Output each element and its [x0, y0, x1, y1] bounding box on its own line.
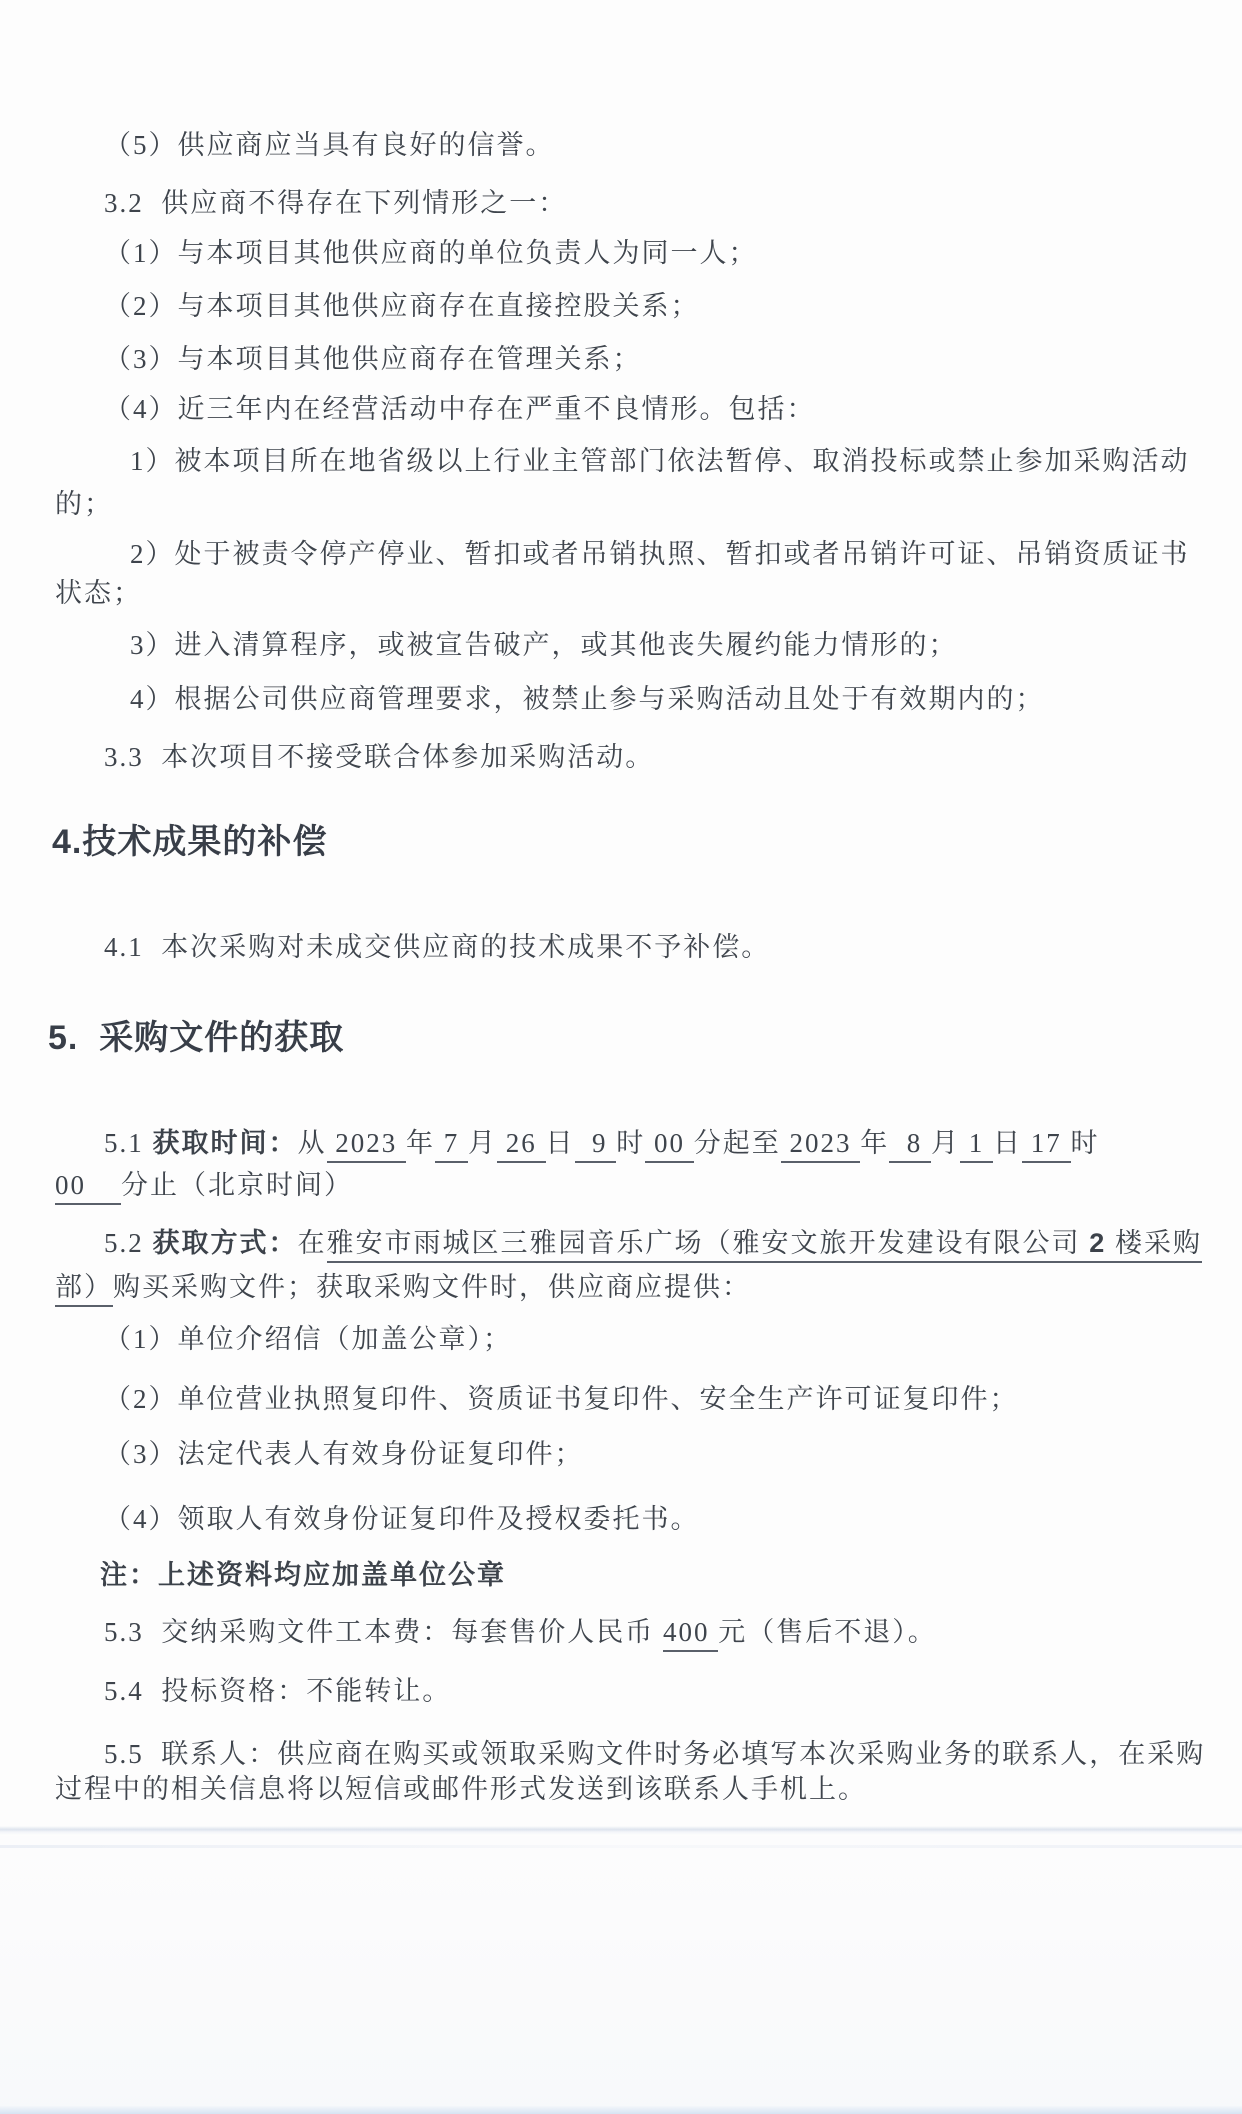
text-run: 2）处于被责令停产停业、暂扣或者吊销执照、暂扣或者吊销许可证、吊销资质证书 — [130, 539, 1190, 569]
text-run: 分起至 — [694, 1128, 781, 1158]
text-run: 5.1 — [104, 1128, 153, 1158]
para-3-3: 3.3 本次项目不接受联合体参加采购活动。 — [104, 740, 654, 774]
text-run: 在 — [298, 1228, 327, 1258]
text-run: （3）与本项目其他供应商存在管理关系； — [104, 344, 642, 374]
underlined-value: 7 — [435, 1128, 468, 1163]
underlined-value: 2023 — [781, 1128, 861, 1163]
text-run: 3.3 本次项目不接受联合体参加采购活动。 — [104, 742, 654, 772]
text-run: 注：上述资料均应加盖单位公章 — [100, 1560, 506, 1590]
heading-4: 4.技术成果的补偿 — [52, 822, 327, 862]
page-bottom-edge — [0, 2106, 1242, 2114]
para-5-2-line1: 5.2 获取方式：在雅安市雨城区三雅园音乐广场（雅安文旅开发建设有限公司 2 楼… — [104, 1226, 1202, 1260]
text-run: 状态； — [55, 578, 142, 608]
text-run: 4.1 本次采购对未成交供应商的技术成果不予补偿。 — [104, 932, 770, 962]
para-5-5-line2: 过程中的相关信息将以短信或邮件形式发送到该联系人手机上。 — [55, 1772, 867, 1806]
text-run: 5.4 投标资格：不能转让。 — [104, 1676, 451, 1706]
underlined-value: 2 — [1089, 1228, 1106, 1263]
text-run: （2）与本项目其他供应商存在直接控股关系； — [104, 291, 700, 321]
text-run: （1）与本项目其他供应商的单位负责人为同一人； — [104, 238, 758, 268]
text-run: 3）进入清算程序，或被宣告破产，或其他丧失履约能力情形的； — [130, 630, 958, 660]
underlined-value: 2023 — [327, 1128, 407, 1163]
underlined-value: 1 — [960, 1128, 993, 1163]
item-3-2-4: （4）近三年内在经营活动中存在严重不良情形。包括： — [104, 392, 816, 426]
para-5-5-line1: 5.5 联系人：供应商在购买或领取采购文件时务必填写本次采购业务的联系人，在采购 — [104, 1737, 1205, 1771]
scanned-document-page: （5）供应商应当具有良好的信誉。3.2 供应商不得存在下列情形之一：（1）与本项… — [0, 0, 1242, 2114]
para-3-2: 3.2 供应商不得存在下列情形之一： — [104, 186, 567, 220]
text-run: 元（售后不退）。 — [718, 1617, 937, 1647]
item-5-2-2: （2）单位营业执照复印件、资质证书复印件、安全生产许可证复印件； — [104, 1382, 1019, 1416]
text-run: （1）单位介绍信（加盖公章）； — [104, 1324, 512, 1354]
para-5-3: 5.3 交纳采购文件工本费：每套售价人民币 400 元（售后不退）。 — [104, 1615, 937, 1649]
text-run: （2）单位营业执照复印件、资质证书复印件、安全生产许可证复印件； — [104, 1384, 1019, 1414]
underlined-value: 400 — [663, 1617, 718, 1652]
text-run: 月 — [931, 1128, 960, 1158]
text-run: 4.技术成果的补偿 — [52, 823, 327, 861]
document-text: （5）供应商应当具有良好的信誉。3.2 供应商不得存在下列情形之一：（1）与本项… — [0, 0, 1242, 2114]
para-4-1: 4.1 本次采购对未成交供应商的技术成果不予补偿。 — [104, 930, 770, 964]
underlined-value: 00 — [645, 1128, 694, 1163]
text-run: （5）供应商应当具有良好的信誉。 — [104, 130, 555, 160]
item-5-2-4: （4）领取人有效身份证复印件及授权委托书。 — [104, 1502, 700, 1536]
para-5-4: 5.4 投标资格：不能转让。 — [104, 1674, 451, 1708]
sub-3-2-4-3: 3）进入清算程序，或被宣告破产，或其他丧失履约能力情形的； — [130, 628, 958, 662]
text-run: （4）领取人有效身份证复印件及授权委托书。 — [104, 1504, 700, 1534]
item-5-2-3: （3）法定代表人有效身份证复印件； — [104, 1437, 584, 1471]
item-3-2-1: （1）与本项目其他供应商的单位负责人为同一人； — [104, 236, 758, 270]
underlined-value: 8 — [889, 1128, 931, 1163]
text-run: 5. 采购文件的获取 — [48, 1019, 344, 1057]
text-run: 分止（北京时间） — [121, 1170, 353, 1200]
text-run: 5.3 交纳采购文件工本费：每套售价人民币 — [104, 1617, 663, 1647]
text-run: 年 — [406, 1128, 435, 1158]
text-run: 年 — [860, 1128, 889, 1158]
text-run: 日 — [546, 1128, 575, 1158]
sub-3-2-4-1-line2: 的； — [55, 487, 113, 521]
heading-5: 5. 采购文件的获取 — [48, 1018, 344, 1058]
text-run: 从 — [298, 1128, 327, 1158]
text-run: 4）根据公司供应商管理要求，被禁止参与采购活动且处于有效期内的； — [130, 684, 1045, 714]
scan-divider-shadow — [0, 1845, 1242, 1848]
sub-3-2-4-1-line1: 1）被本项目所在地省级以上行业主管部门依法暂停、取消投标或禁止参加采购活动 — [130, 444, 1190, 478]
text-run: 购买采购文件；获取采购文件时，供应商应提供： — [113, 1272, 751, 1302]
text-run: 月 — [468, 1128, 497, 1158]
text-run: 时 — [1071, 1128, 1100, 1158]
underlined-value: 部） — [55, 1272, 113, 1307]
para-5-2-line2: 部）购买采购文件；获取采购文件时，供应商应提供： — [55, 1270, 751, 1304]
text-run: 日 — [993, 1128, 1022, 1158]
item-3-1-5: （5）供应商应当具有良好的信誉。 — [104, 128, 555, 162]
text-run: 的； — [55, 489, 113, 519]
underlined-value: 楼采购 — [1106, 1228, 1202, 1263]
text-run: 3.2 供应商不得存在下列情形之一： — [104, 188, 567, 218]
underlined-value: 00 — [55, 1170, 121, 1205]
underlined-value: 9 — [575, 1128, 617, 1163]
underlined-value: 17 — [1022, 1128, 1071, 1163]
scan-divider-line — [0, 1826, 1242, 1835]
text-run: 时 — [616, 1128, 645, 1158]
text-run: 获取时间： — [153, 1128, 298, 1158]
sub-3-2-4-2-line1: 2）处于被责令停产停业、暂扣或者吊销执照、暂扣或者吊销许可证、吊销资质证书 — [130, 537, 1190, 571]
item-5-2-1: （1）单位介绍信（加盖公章）； — [104, 1322, 512, 1356]
underlined-value: 雅安市雨城区三雅园音乐广场（雅安文旅开发建设有限公司 — [327, 1228, 1090, 1263]
item-3-2-3: （3）与本项目其他供应商存在管理关系； — [104, 342, 642, 376]
note: 注：上述资料均应加盖单位公章 — [100, 1558, 506, 1592]
para-5-1-line1: 5.1 获取时间：从 2023 年 7 月 26 日 9 时 00 分起至 20… — [104, 1126, 1100, 1160]
underlined-value: 26 — [497, 1128, 546, 1163]
text-run: （4）近三年内在经营活动中存在严重不良情形。包括： — [104, 394, 816, 424]
text-run: 1）被本项目所在地省级以上行业主管部门依法暂停、取消投标或禁止参加采购活动 — [130, 446, 1190, 476]
sub-3-2-4-2-line2: 状态； — [55, 576, 142, 610]
para-5-1-line2: 00 分止（北京时间） — [55, 1168, 353, 1202]
text-run: 5.2 — [104, 1228, 153, 1258]
text-run: 获取方式： — [153, 1228, 298, 1258]
sub-3-2-4-4: 4）根据公司供应商管理要求，被禁止参与采购活动且处于有效期内的； — [130, 682, 1045, 716]
text-run: （3）法定代表人有效身份证复印件； — [104, 1439, 584, 1469]
item-3-2-2: （2）与本项目其他供应商存在直接控股关系； — [104, 289, 700, 323]
text-run: 5.5 联系人：供应商在购买或领取采购文件时务必填写本次采购业务的联系人，在采购 — [104, 1739, 1205, 1769]
text-run: 过程中的相关信息将以短信或邮件形式发送到该联系人手机上。 — [55, 1774, 867, 1804]
